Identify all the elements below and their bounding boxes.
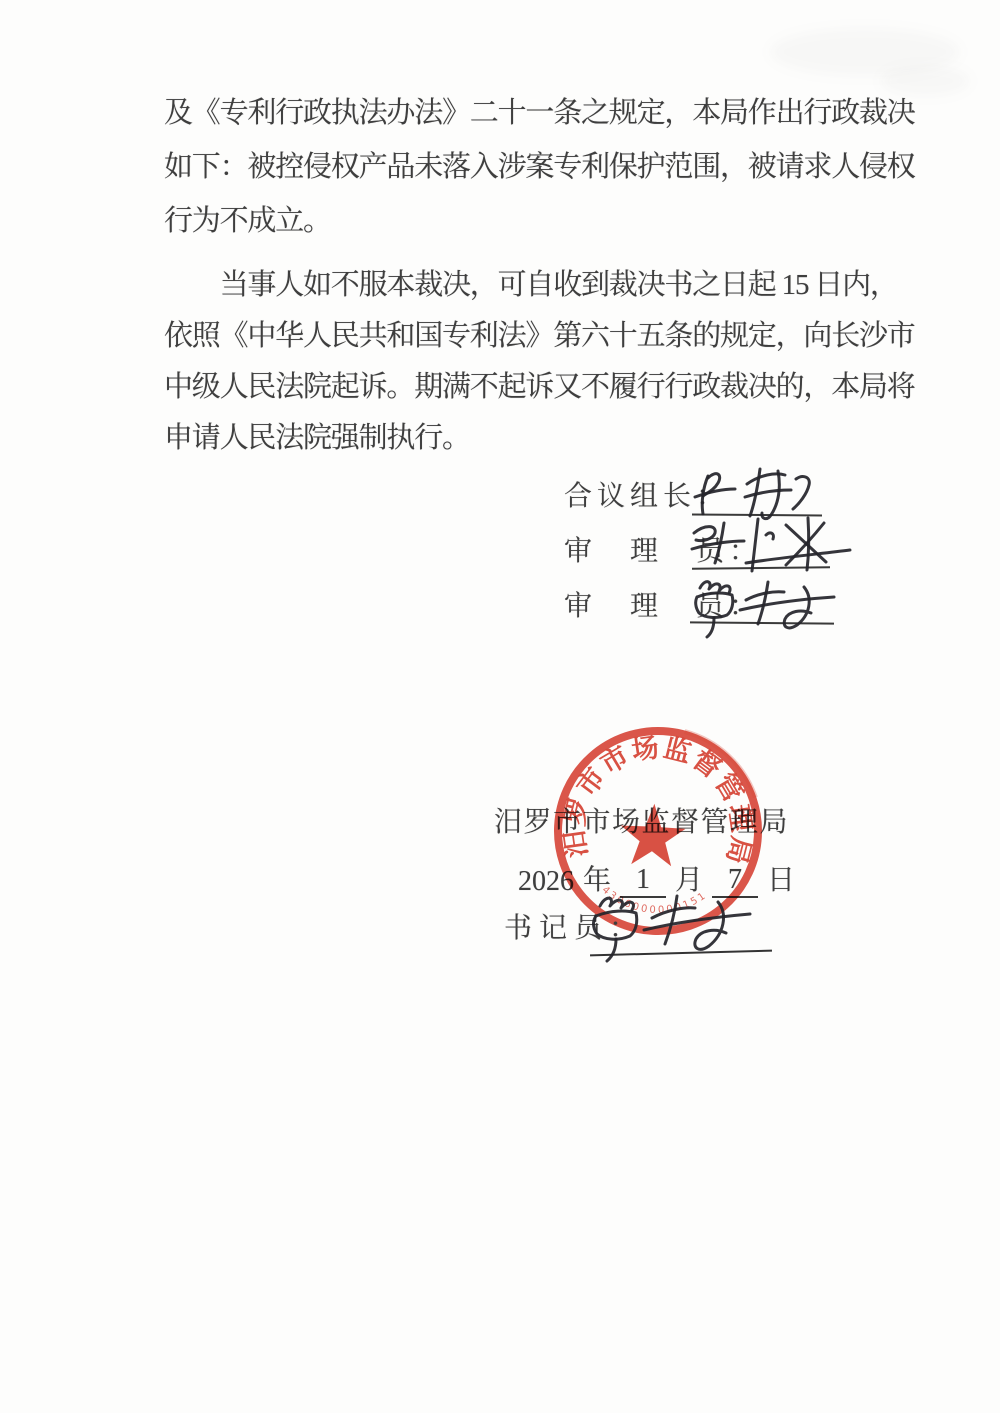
handwritten-signature-examiner-1	[686, 513, 866, 575]
seal-star-icon	[619, 802, 687, 867]
paragraph-line: 依照《中华人民共和国专利法》第六十五条的规定，向长沙市	[164, 311, 886, 362]
paragraph-line: 如下：被控侵权产品未落入涉案专利保护范围，被请求人侵权	[164, 140, 886, 194]
handwritten-signature-clerk	[580, 884, 765, 964]
paragraph-line: 当事人如不服本裁决，可自收到裁决书之日起 15 日内，	[164, 260, 886, 311]
date-day-unit: 日	[767, 858, 795, 898]
signature-panel: 合议组长： 审 理 员：	[564, 468, 894, 633]
body-paragraph-1: 及《专利行政执法办法》二十一条之规定，本局作出行政裁决 如下：被控侵权产品未落入…	[164, 86, 886, 248]
examiner-row: 审 理 员：	[564, 578, 894, 633]
paragraph-line: 中级人民法院起诉。期满不起诉又不履行行政裁决的，本局将	[164, 362, 886, 413]
clerk-row: 书记员：	[504, 906, 644, 946]
document-page: 及《专利行政执法办法》二十一条之规定，本局作出行政裁决 如下：被控侵权产品未落入…	[0, 0, 1000, 1413]
examiner-row: 审 理 员：	[564, 523, 894, 578]
paragraph-line: 申请人民法院强制执行。	[164, 413, 886, 464]
scan-smudge	[880, 66, 970, 96]
paragraph-line: 行为不成立。	[164, 194, 886, 248]
paragraph-line: 及《专利行政执法办法》二十一条之规定，本局作出行政裁决	[164, 86, 886, 140]
body-paragraph-2: 当事人如不服本裁决，可自收到裁决书之日起 15 日内， 依照《中华人民共和国专利…	[164, 260, 886, 464]
handwritten-signature-examiner-2	[684, 572, 849, 642]
